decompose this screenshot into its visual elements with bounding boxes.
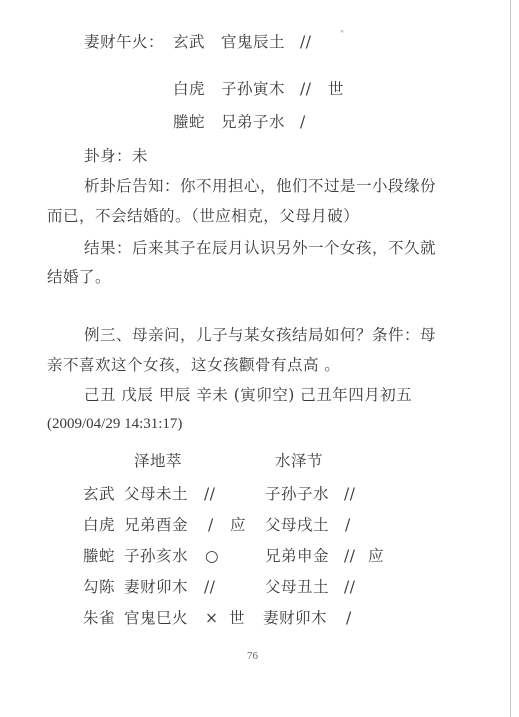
right-yao: / bbox=[345, 516, 351, 534]
page-edge-line bbox=[510, 0, 511, 717]
date-line-2: (2009/04/29 14:31:17) bbox=[47, 415, 182, 433]
left-mark: 应 bbox=[230, 516, 246, 534]
left-relation: 父母未土 bbox=[124, 485, 188, 503]
row-spirit: 朱雀 bbox=[83, 609, 115, 627]
right-yao: // bbox=[344, 547, 355, 565]
right-mark: 应 bbox=[368, 547, 384, 565]
left-relation: 兄弟酉金 bbox=[124, 516, 188, 534]
right-relation: 子孙子水 bbox=[265, 485, 329, 503]
row-spirit: 玄武 bbox=[83, 485, 115, 503]
line-yao: // bbox=[300, 80, 311, 98]
example-line-1: 例三、母亲问，儿子与某女孩结局如何？条件：母 bbox=[84, 326, 436, 344]
line-yao: // bbox=[300, 33, 311, 51]
gua-shen: 卦身：未 bbox=[84, 147, 148, 165]
row-spirit: 勾陈 bbox=[83, 578, 115, 596]
right-relation: 父母丑土 bbox=[265, 578, 329, 596]
right-relation: 妻财卯木 bbox=[263, 609, 327, 627]
stray-mark: " bbox=[340, 30, 344, 40]
left-yao: × bbox=[205, 609, 219, 627]
result-line-1: 结果：后来其子在辰月认识另外一个女孩，不久就 bbox=[84, 239, 436, 257]
left-yao: // bbox=[204, 578, 215, 596]
left-yao: / bbox=[208, 516, 214, 534]
line-spirit: 玄武 bbox=[173, 33, 205, 51]
line-yao: / bbox=[300, 113, 306, 131]
result-line-2: 结婚了。 bbox=[47, 268, 111, 286]
right-hexagram-title: 水泽节 bbox=[275, 452, 323, 470]
row-spirit: 螣蛇 bbox=[83, 547, 115, 565]
line-relation: 官鬼辰土 bbox=[221, 33, 285, 51]
line-prefix: 妻财午火： bbox=[84, 33, 164, 51]
left-relation: 妻财卯木 bbox=[124, 578, 188, 596]
left-relation: 官鬼巳火 bbox=[124, 609, 188, 627]
right-yao: / bbox=[346, 609, 352, 627]
analysis-line-2: 而已，不会结婚的。（世应相克，父母月破） bbox=[47, 207, 359, 225]
left-yao: ○ bbox=[205, 547, 219, 565]
page-number: 76 bbox=[247, 650, 258, 662]
example-line-2: 亲不喜欢这个女孩，这女孩颧骨有点高 。 bbox=[47, 356, 340, 374]
line-relation: 兄弟子水 bbox=[221, 113, 285, 131]
left-yao: // bbox=[204, 485, 215, 503]
left-relation: 子孙亥水 bbox=[124, 547, 188, 565]
analysis-line-1: 析卦后告知：你不用担心，他们不过是一小段缘份 bbox=[84, 177, 436, 195]
line-mark: 世 bbox=[328, 80, 344, 98]
row-spirit: 白虎 bbox=[83, 516, 115, 534]
right-relation: 兄弟申金 bbox=[265, 547, 329, 565]
right-yao: // bbox=[344, 485, 355, 503]
right-yao: // bbox=[344, 578, 355, 596]
book-page: 妻财午火： 玄武 官鬼辰土 // " 白虎 子孙寅木 // 世 螣蛇 兄弟子水 … bbox=[0, 0, 519, 717]
right-relation: 父母戌土 bbox=[265, 516, 329, 534]
left-mark: 世 bbox=[229, 609, 245, 627]
line-relation: 子孙寅木 bbox=[221, 80, 285, 98]
left-hexagram-title: 泽地萃 bbox=[134, 452, 182, 470]
line-spirit: 螣蛇 bbox=[173, 113, 205, 131]
date-line-1: 己丑 戊辰 甲辰 辛未 (寅卯空) 己丑年四月初五 bbox=[84, 386, 412, 404]
line-spirit: 白虎 bbox=[173, 80, 205, 98]
